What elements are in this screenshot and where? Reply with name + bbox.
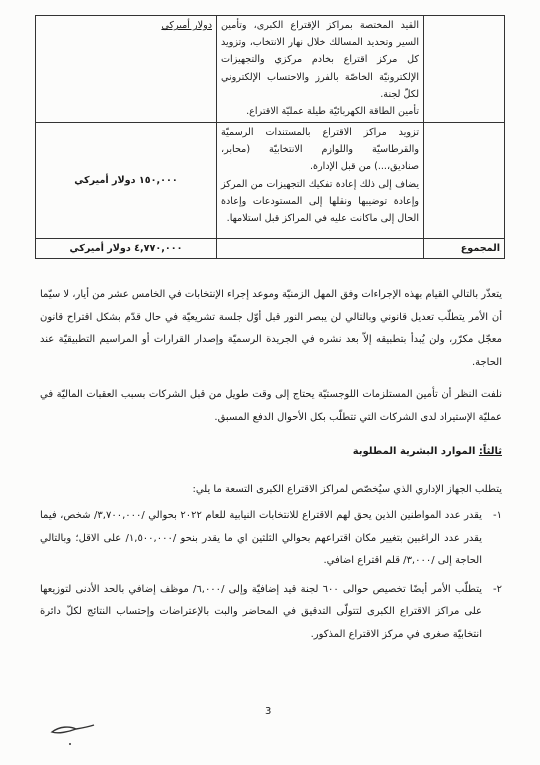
document-page: القيد المختصة بمراكز الإقتراع الكبرى، وت… xyxy=(0,0,540,765)
amount-text: ١٥٠,٠٠٠ دولار أميركي xyxy=(74,175,177,186)
table-row: تزويد مراكز الاقتراع بالمستندات الرسميّة… xyxy=(36,123,505,239)
table-cell-amount: دولار أميركي xyxy=(36,16,217,123)
total-description xyxy=(217,239,424,259)
list-text: يتطلّب الأمر أيضًا تخصيص حوالى ٦٠٠ لجنة … xyxy=(40,579,482,647)
budget-table: القيد المختصة بمراكز الإقتراع الكبرى، وت… xyxy=(35,15,505,259)
total-label: المجموع xyxy=(424,239,505,259)
total-amount: ٤,٧٧٠,٠٠٠ دولار أميركي xyxy=(36,239,217,259)
paragraph-text: نلفت النظر أن تأمين المستلزمات اللوجستيّ… xyxy=(40,384,502,429)
amount-text: دولار أميركي xyxy=(161,20,212,31)
heading-title: الموارد البشرية المطلوبة xyxy=(353,446,479,457)
table-cell-description: القيد المختصة بمراكز الإقتراع الكبرى، وت… xyxy=(217,16,424,123)
table-row: القيد المختصة بمراكز الإقتراع الكبرى، وت… xyxy=(36,16,505,123)
list-item: ٢- يتطلّب الأمر أيضًا تخصيص حوالى ٦٠٠ لج… xyxy=(40,579,502,647)
list-number: ٢- xyxy=(482,579,502,647)
description-text: يضاف إلى ذلك إعادة تفكيك التجهيزات من ال… xyxy=(221,176,419,228)
description-text: القيد المختصة بمراكز الإقتراع الكبرى، وت… xyxy=(221,17,419,103)
table-cell-description: تزويد مراكز الاقتراع بالمستندات الرسميّة… xyxy=(217,123,424,239)
heading-prefix: ثالثاً: xyxy=(479,446,502,457)
intro-text: يتطلب الجهاز الإداري الذي سيُخصّص لمراكز… xyxy=(40,479,502,502)
section-intro: يتطلب الجهاز الإداري الذي سيُخصّص لمراكز… xyxy=(40,479,502,502)
table-cell-label xyxy=(424,123,505,239)
paragraph-logistics: نلفت النظر أن تأمين المستلزمات اللوجستيّ… xyxy=(40,384,502,429)
paragraph-text: يتعذّر بالتالي القيام بهذه الإجراءات وفق… xyxy=(40,284,502,374)
table-cell-label xyxy=(424,16,505,123)
paragraph-deadline: يتعذّر بالتالي القيام بهذه الإجراءات وفق… xyxy=(40,284,502,374)
list-text: يقدر عدد المواطنين الذين يحق لهم الاقترا… xyxy=(40,505,482,573)
table-cell-amount: ١٥٠,٠٠٠ دولار أميركي xyxy=(36,123,217,239)
description-text: تأمين الطاقة الكهربائيّة طيلة عمليّة الا… xyxy=(221,103,419,120)
table-total-row: المجموع ٤,٧٧٠,٠٠٠ دولار أميركي xyxy=(36,239,505,259)
list-number: ١- xyxy=(482,505,502,573)
signature-mark-icon xyxy=(48,718,98,752)
list-item: ١- يقدر عدد المواطنين الذين يحق لهم الاق… xyxy=(40,505,502,573)
numbered-list: ١- يقدر عدد المواطنين الذين يحق لهم الاق… xyxy=(40,505,502,646)
section-heading: ثالثاً: الموارد البشرية المطلوبة xyxy=(40,441,502,464)
description-text: تزويد مراكز الاقتراع بالمستندات الرسميّة… xyxy=(221,124,419,176)
page-number: 3 xyxy=(265,706,271,717)
